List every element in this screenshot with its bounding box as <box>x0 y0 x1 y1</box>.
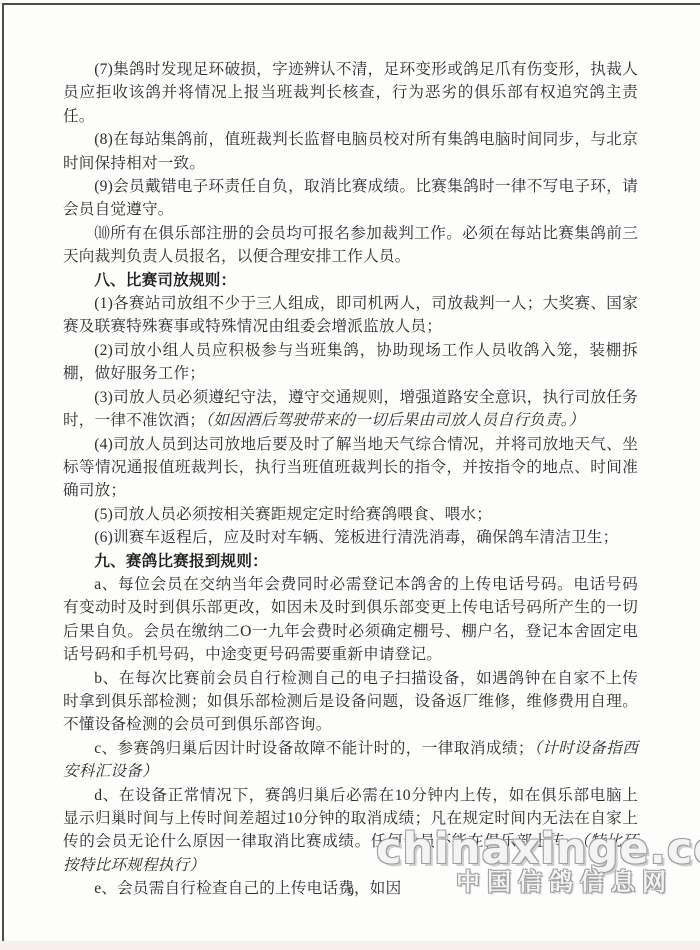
para-text: (5)司放人员必须按相关赛距规定定时给赛鸽喂食、喂水； <box>94 506 492 523</box>
para-text: c、参赛鸽归巢后因计时设备故障不能计时的，一律取消成绩； <box>94 740 534 757</box>
para-text: (7)集鸽时发现足环破损，字迹辨认不清，足环变形或鸽足爪有伤变形，执裁人员应拒收… <box>63 61 638 125</box>
para-release-6: (6)训赛车返程后，应及时对车辆、笼板进行清洗消毒，确保鸽车清洁卫生； <box>63 526 638 549</box>
para-7: (7)集鸽时发现足环破损，字迹辨认不清，足环变形或鸽足爪有伤变形，执裁人员应拒收… <box>63 58 638 128</box>
page-top-edge <box>2 3 700 5</box>
section-heading-9: 九、赛鸽比赛报到规则： <box>63 550 638 573</box>
para-text: e、会员需自行检查自己的上传电话费，如因 <box>94 880 401 897</box>
para-text: (2)司放小组人员应积极参与当班集鸽，协助现场工作人员收鸽入笼，装棚拆棚，做好服… <box>63 342 638 382</box>
document-body: (7)集鸽时发现足环破损，字迹辨认不清，足环变形或鸽足爪有伤变形，执裁人员应拒收… <box>63 58 638 901</box>
watermark-site-name: 中国信鸽信息网 <box>456 862 673 897</box>
para-text: (4)司放人员到达司放地后要及时了解当地天气综合情况，并将司放地天气、坐标等情况… <box>63 436 638 500</box>
section-heading-8: 八、比赛司放规则： <box>63 269 638 292</box>
para-text: (6)训赛车返程后，应及时对车辆、笼板进行清洗消毒，确保鸽车清洁卫生； <box>94 529 618 546</box>
para-text: ⑽所有在俱乐部注册的会员均可报名参加裁判工作。必须在每站比赛集鸽前三天向裁判负责… <box>63 225 638 265</box>
para-release-5: (5)司放人员必须按相关赛距规定定时给赛鸽喂食、喂水； <box>63 503 638 526</box>
para-text: b、在每次比赛前会员自行检测自己的电子扫描设备，如遇鸽钟在自家不上传时拿到俱乐部… <box>63 670 638 734</box>
para-checkin-a: a、每位会员在交纳当年会费同时必需登记本鸽舍的上传电话号码。电话号码有变动时及时… <box>63 573 638 667</box>
inline-note: （如因酒后驾驶带来的一切后果由司放人员自行负责。） <box>205 412 584 429</box>
page-number: 9 <box>347 885 354 901</box>
para-checkin-c: c、参赛鸽归巢后因计时设备故障不能计时的，一律取消成绩；（计时设备指西安科汇设备… <box>63 737 638 784</box>
para-release-2: (2)司放小组人员应积极参与当班集鸽，协助现场工作人员收鸽入笼，装棚拆棚，做好服… <box>63 339 638 386</box>
page-left-edge <box>2 3 4 950</box>
para-text: (8)在每站集鸽前，值班裁判长监督电脑员校对所有集鸽电脑时间同步，与北京时间保持… <box>63 131 638 171</box>
para-9: (9)会员戴错电子环责任自负，取消比赛成绩。比赛集鸽时一律不写电子环，请会员自觉… <box>63 175 638 222</box>
heading-text: 八、比赛司放规则： <box>94 272 236 289</box>
para-text: (9)会员戴错电子环责任自负，取消比赛成绩。比赛集鸽时一律不写电子环，请会员自觉… <box>63 178 638 218</box>
heading-text: 九、赛鸽比赛报到规则： <box>94 553 268 570</box>
para-release-3: (3)司放人员必须遵纪守法，遵守交通规则，增强道路安全意识，执行司放任务时，一律… <box>63 386 638 433</box>
para-10: ⑽所有在俱乐部注册的会员均可报名参加裁判工作。必须在每站比赛集鸽前三天向裁判负责… <box>63 222 638 269</box>
scanned-document-page: (7)集鸽时发现足环破损，字迹辨认不清，足环变形或鸽足爪有伤变形，执裁人员应拒收… <box>0 0 700 950</box>
para-text: (1)各赛站司放组不少于三人组成，即司机两人，司放裁判一人；大奖赛、国家赛及联赛… <box>63 295 638 335</box>
para-checkin-b: b、在每次比赛前会员自行检测自己的电子扫描设备，如遇鸽钟在自家不上传时拿到俱乐部… <box>63 667 638 737</box>
para-8: (8)在每站集鸽前，值班裁判长监督电脑员校对所有集鸽电脑时间同步，与北京时间保持… <box>63 128 638 175</box>
para-release-4: (4)司放人员到达司放地后要及时了解当地天气综合情况，并将司放地天气、坐标等情况… <box>63 433 638 503</box>
para-text: a、每位会员在交纳当年会费同时必需登记本鸽舍的上传电话号码。电话号码有变动时及时… <box>63 576 638 663</box>
para-release-1: (1)各赛站司放组不少于三人组成，即司机两人，司放裁判一人；大奖赛、国家赛及联赛… <box>63 292 638 339</box>
page-bottom-strip <box>0 941 700 950</box>
